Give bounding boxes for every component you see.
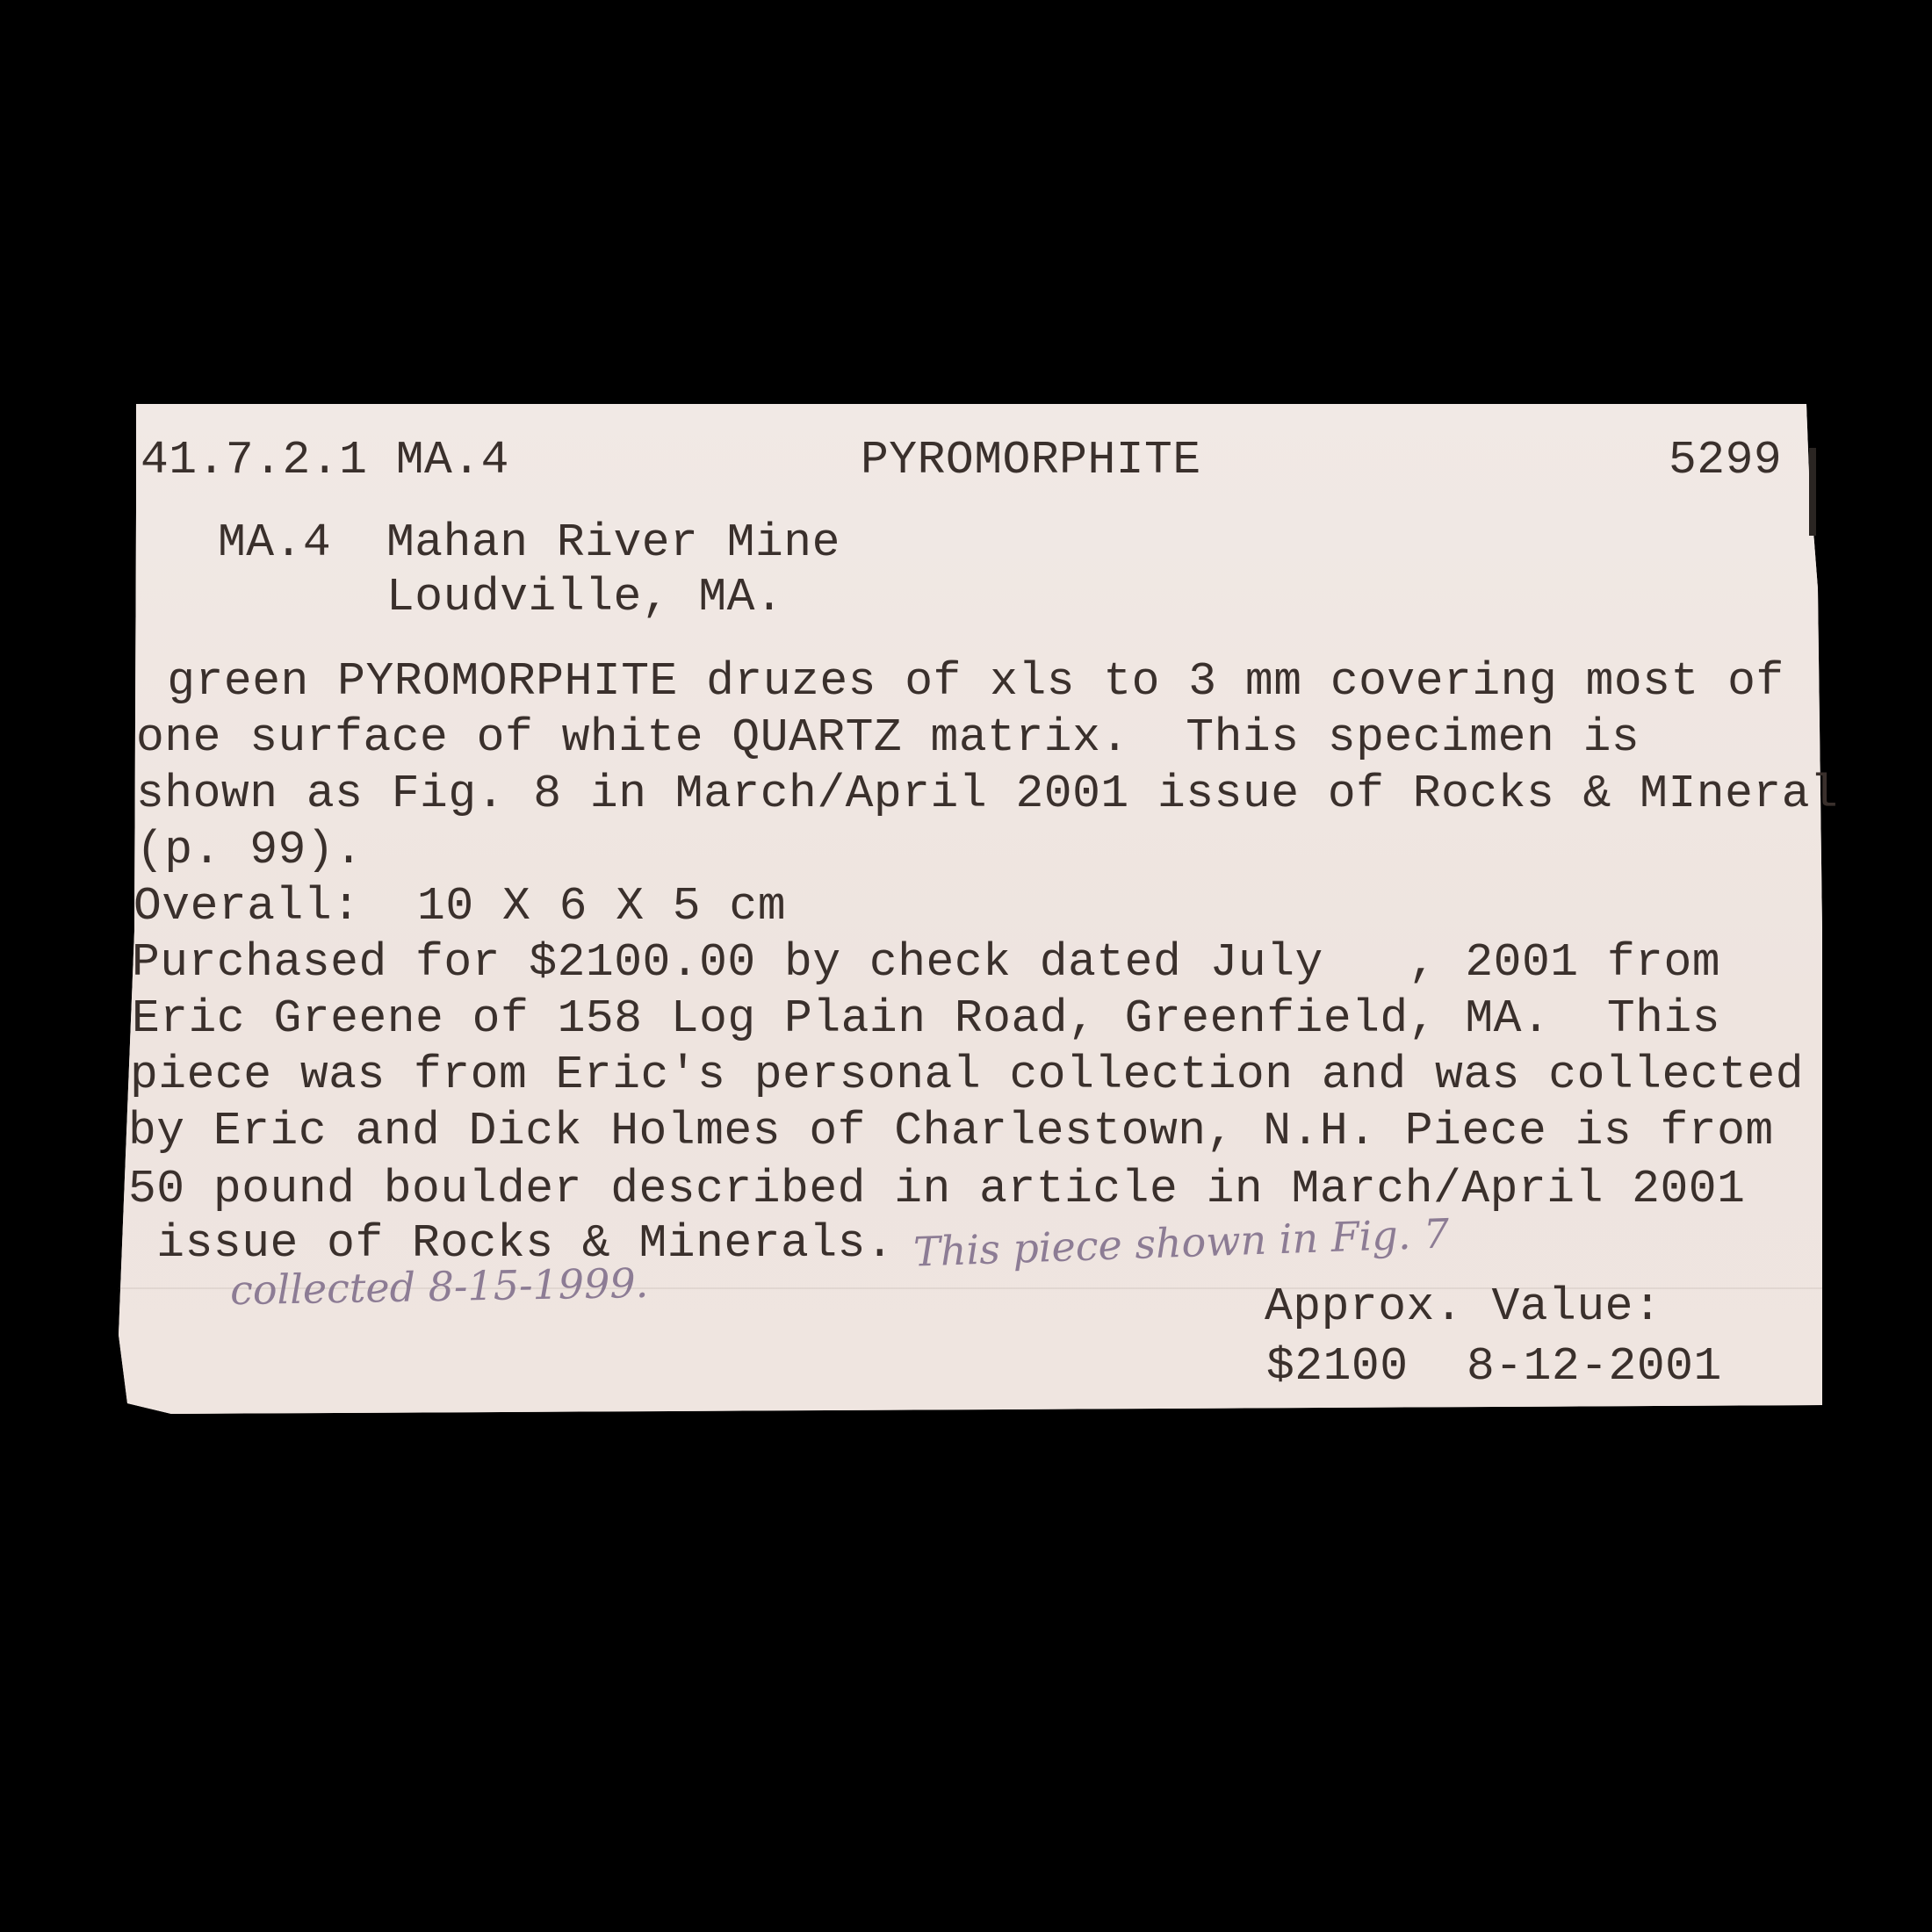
handwritten-note-collected: collected 8-15-1999. [230, 1263, 649, 1310]
description-line: shown as Fig. 8 in March/April 2001 issu… [136, 771, 1838, 818]
provenance-line: by Eric and Dick Holmes of Charlestown, … [128, 1108, 1774, 1155]
description-line: (p. 99). [136, 827, 363, 874]
provenance-line: Eric Greene of 158 Log Plain Road, Green… [132, 996, 1720, 1042]
card-edge-tab [1809, 448, 1816, 536]
valuation-label: Approx. Value: [1265, 1284, 1662, 1330]
catalog-number: 5299 [1669, 437, 1782, 484]
provenance-line: 50 pound boulder described in article in… [128, 1166, 1745, 1213]
classification-code: 41.7.2.1 MA.4 [141, 437, 509, 484]
overall-dimensions: Overall: 10 X 6 X 5 cm [133, 883, 786, 930]
provenance-line: piece was from Eric's personal collectio… [130, 1052, 1804, 1099]
mineral-name-title: PYROMORPHITE [861, 437, 1201, 484]
valuation-amount: $2100 [1266, 1344, 1409, 1390]
valuation-date: 8-12-2001 [1467, 1344, 1722, 1390]
description-line: one surface of white QUARTZ matrix. This… [136, 715, 1640, 761]
locality-town: Loudville, MA. [386, 574, 783, 621]
provenance-line: issue of Rocks & Minerals. [128, 1221, 894, 1267]
provenance-line: Purchased for $2100.00 by check dated Ju… [132, 940, 1720, 986]
locality-mine: Mahan River Mine [386, 520, 840, 566]
locality-code: MA.4 [218, 520, 331, 566]
description-line: green PYROMORPHITE druzes of xls to 3 mm… [139, 659, 1784, 705]
